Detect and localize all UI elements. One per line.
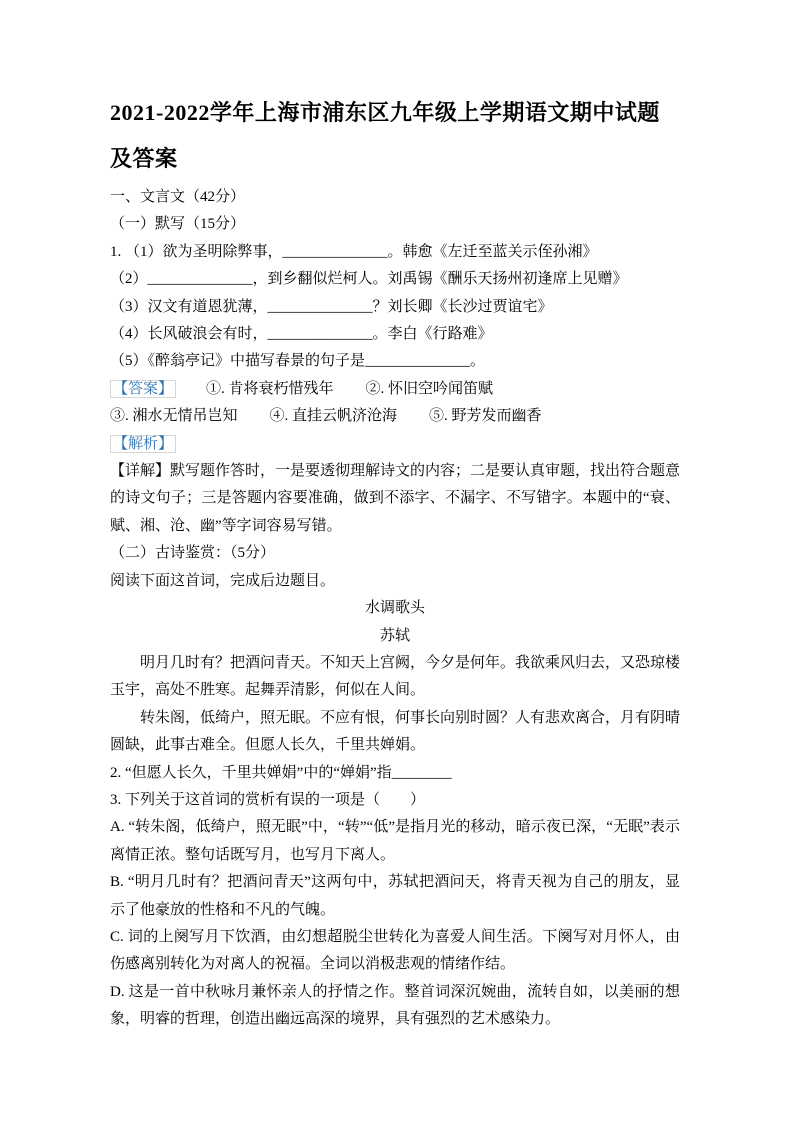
answer-item-5: ⑤. 野芳发而幽香: [429, 403, 542, 430]
poem-title: 水调歌头: [110, 595, 680, 622]
doc-title: 2021-2022学年上海市浦东区九年级上学期语文期中试题及答案: [110, 90, 680, 182]
answer-item-1: ①. 肯将衰朽惜残年: [206, 376, 334, 403]
dictation-item-2: （2）______________，到乡翻似烂柯人。刘禹锡《酬乐天扬州初逢席上见…: [110, 266, 680, 293]
analysis-line: 【解析】: [110, 431, 680, 458]
answer-line: 【答案】①. 肯将衰朽惜残年②. 怀旧空吟闻笛赋③. 湘水无情吊岂知④. 直挂云…: [110, 376, 680, 431]
dictation-item-4: （4）长风破浪会有时，______________。李白《行路难》: [110, 321, 680, 348]
answer-tag: 【答案】: [110, 380, 176, 398]
answer-item-3: ③. 湘水无情吊岂知: [110, 403, 238, 430]
detail-paragraph: 【详解】默写题作答时，一是要透彻理解诗文的内容；二是要认真审题，找出符合题意的诗…: [110, 458, 680, 540]
poem-author: 苏轼: [110, 623, 680, 650]
poem-intro: 阅读下面这首词，完成后边题目。: [110, 568, 680, 595]
option-a: A. “转朱阁，低绮户，照无眠”中，“转”“低”是指月光的移动，暗示夜已深，“无…: [110, 814, 680, 869]
question-3: 3. 下列关于这首词的赏析有误的一项是（ ）: [110, 787, 680, 814]
analysis-tag: 【解析】: [110, 435, 176, 453]
poem-stanza-1: 明月几时有？把酒问青天。不知天上宫阙，今夕是何年。我欲乘风归去，又恐琼楼玉宇，高…: [110, 650, 680, 705]
question-2: 2. “但愿人长久，千里共婵娟”中的“婵娟”指________: [110, 760, 680, 787]
dictation-item-5: （5）《醉翁亭记》中描写春景的句子是______________。: [110, 348, 680, 375]
subsection-poetry-heading: （二）古诗鉴赏：（5分）: [110, 540, 680, 567]
option-b: B. “明月几时有？把酒问青天”这两句中，苏轼把酒问天，将青天视为自己的朋友，显…: [110, 869, 680, 924]
dictation-item-3: （3）汉文有道恩犹薄，______________？刘长卿《长沙过贾谊宅》: [110, 294, 680, 321]
section-heading: 一、文言文（42分）: [110, 184, 680, 211]
poem-stanza-2: 转朱阁，低绮户，照无眠。不应有恨，何事长向别时圆？人有悲欢离合，月有阴晴圆缺，此…: [110, 705, 680, 760]
subsection-dictation-heading: （一）默写（15分）: [110, 211, 680, 238]
answer-item-2: ②. 怀旧空吟闻笛赋: [366, 376, 494, 403]
option-d: D. 这是一首中秋咏月兼怀亲人的抒情之作。整首词深沉婉曲，流转自如，以美丽的想象…: [110, 979, 680, 1034]
dictation-item-1: 1. （1）欲为圣明除弊事，______________。韩愈《左迁至蓝关示侄孙…: [110, 239, 680, 266]
exam-document-page: 2021-2022学年上海市浦东区九年级上学期语文期中试题及答案 一、文言文（4…: [0, 0, 794, 1123]
answer-item-4: ④. 直挂云帆济沧海: [270, 403, 398, 430]
option-c: C. 词的上阕写月下饮酒，由幻想超脱尘世转化为喜爱人间生活。下阕写对月怀人，由伤…: [110, 924, 680, 979]
